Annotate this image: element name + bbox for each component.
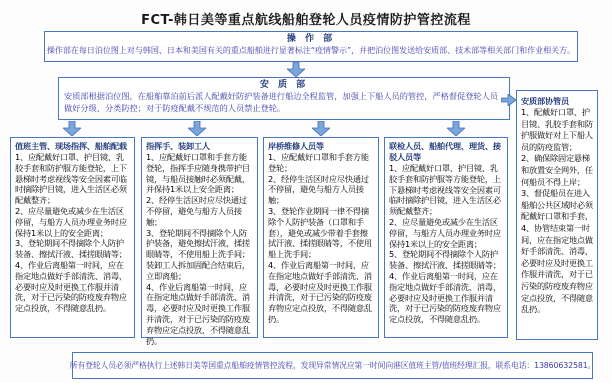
rule-item: 1、应配戴好口罩、护目镜、乳胶手套和防护服等方能登轮，上下悬梯时考虑视线等安全因… [389,163,503,217]
rule-item: 4、作业后离船第一时间，应在指定地点做好手部清洗、消毒，必要时应及时更换工作服并… [389,271,503,325]
rule-item: 3、登轮期间不得摘除个人防护装备、擦拭汗液、揉搓眼睛等； [15,238,130,260]
rule-item: 2、经停生活区时应尽快通过不停留，避免与船方人员接触； [268,174,374,206]
role-box-header: 联检人员、船舶代理、理货、接驳人员等 [389,141,503,163]
arrow-down-icon [447,121,465,136]
rule-item: 2、经停生活区时应尽快通过不停留，避免与船方人员接触； [146,195,253,227]
rule-item: 2、应尽量避免或减少在生活区停留，与船方人员办理业务时应保持1米以上的安全距离； [15,206,130,238]
role-box-header: 安质部协管员 [521,95,593,107]
rule-item: 3、登轮作业期间一律不得摘除个人防护装备（口罩和手套），避免或减少带着手套擦拭汗… [268,206,374,260]
role-box-signalman-stevedore: 指挥手、装卸工人 1、应配戴好口罩和手套方能登轮，指挥手应随身携带护目镜，与船员… [141,137,258,338]
role-box-crane-maintenance: 岸桥维修人员等 1、应配戴好口罩和手套方能登轮； 2、经停生活区时应尽快通过不停… [263,137,379,338]
rule-item: 4、作业后离船第一时间，应在指定地点做好手部清洗、消毒，必要时应及时更换工作服并… [15,260,130,314]
rule-item: 1、应配戴好口罩和手套方能登轮； [268,152,374,174]
arrow-down-icon [188,121,206,136]
footer-notice-box: 所有登轮人员必须严格执行上述韩日美等国重点船舶疫情管控流程，发现异常情况应第一时… [72,352,593,379]
role-box-header: 指挥手、装卸工人 [146,141,253,152]
page-title: FCT-韩日美等重点航线船舶登轮人员疫情防护管控流程 [0,9,612,28]
role-box-header: 岸桥维修人员等 [268,141,374,152]
arrow-right-icon [501,94,516,106]
safety-dept-box: 安 质 部 安质部根据泊位图，在船舶靠泊前后派人配戴好防护装备进行船边全程监管，… [58,77,510,120]
operation-dept-header: 操 作 部 [45,34,577,45]
arrow-down-icon [312,121,330,136]
operation-dept-body: 操作部在每日泊位图上对与韩国、日本和美国有关的重点船舶进行显著标注“疫情警示”，… [45,45,577,56]
role-box-header: 值班主管、现场指挥、船舶配载 [15,141,130,152]
rule-item: 3、登轮期间不得摘除个人防护装备，避免擦拭汗液、揉搓眼睛等，不使用船上洗手间；装… [146,228,253,282]
flowchart-page: FCT-韩日美等重点航线船舶登轮人员疫情防护管控流程 操 作 部 操作部在每日泊… [0,0,612,383]
footer-notice-text: 所有登轮人员必须严格执行上述韩日美等国重点船舶疫情管控流程，发现异常情况应第一时… [70,360,596,371]
rule-item: 4、协管结束第一时间，应在指定地点做好手部清洗、消毒，必要时应及时更换工作服并清… [521,223,593,316]
role-box-safety-assistant: 安质部协管员 1、配戴好口罩、护目镜、乳胶手套和防护服做好对上下船人员的防疫监管… [516,90,598,340]
rule-item: 4、作业后离船第一时间，应在指定地点做好手部清洗、消毒，必要时应及时更换工作服并… [146,282,253,347]
safety-dept-body: 安质部根据泊位图，在船舶靠泊前后派人配戴好防护装备进行船边全程监管，加强上下船人… [64,91,504,114]
operation-dept-box: 操 作 部 操作部在每日泊位图上对与韩国、日本和美国有关的重点船舶进行显著标注“… [44,31,578,62]
rule-item: 2、确保除固定悬梯和放置安全网外，任何船员不得上岸； [521,153,593,188]
rule-item: 3、督促船员在进入船舶公共区域时必须配戴好口罩和手套， [521,188,593,223]
rule-item: 1、应配戴好口罩、护目镜、乳胶手套和防护服方能登轮，上下悬梯时考虑视线等安全因素… [15,152,130,206]
arrow-down-icon [63,121,81,136]
rule-item: 4、作业后离船第一时间，应在指定地点做好手部清洗、消毒，必要时应及时更换工作服并… [268,260,374,325]
role-box-duty-supervisor: 值班主管、现场指挥、船舶配载 1、应配戴好口罩、护目镜、乳胶手套和防护服方能登轮… [10,137,135,338]
rule-item: 1、应配戴好口罩和手套方能登轮，指挥手应随身携带护目镜，与船员接触时必须配戴，并… [146,152,253,195]
role-box-inspection-agency: 联检人员、船舶代理、理货、接驳人员等 1、应配戴好口罩、护目镜、乳胶手套和防护服… [384,137,508,338]
rule-item: 1、配戴好口罩、护目镜、乳胶手套和防护服做好对上下船人员的防疫监管； [521,107,593,153]
arrow-down-icon [287,62,305,77]
safety-dept-header: 安 质 部 [64,80,504,91]
rule-item: 5、登轮期间不得摘除个人防护装备、擦拭汗液、揉搓眼睛等； [389,249,503,271]
rule-item: 2、应尽量避免或减少在生活区停留，与船方人员办理业务时应保持1米以上的安全距离； [389,217,503,249]
